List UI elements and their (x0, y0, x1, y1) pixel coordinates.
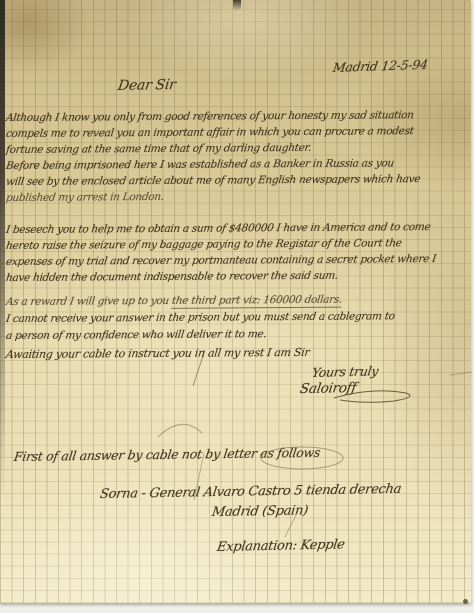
cable-city-line: Madrid (Spain) (211, 503, 309, 520)
paper-left-shadow-edge (0, 0, 5, 500)
letter-photo: Madrid 12-5-94 Dear Sir Although I know … (0, 0, 474, 613)
letter-line: published my arrest in London. (5, 191, 164, 204)
closing-line: Awaiting your cable to instruct you in a… (5, 346, 310, 361)
salutation: Dear Sir (117, 77, 177, 94)
top-edge-ink-smudge (233, 0, 241, 11)
signature: Saloiroff (299, 380, 358, 397)
reward-line: As a reward I will give up to you the th… (5, 294, 343, 308)
letter-line: fortune saving at the same time that of … (5, 142, 312, 156)
letter-line: have hidden the document indispensable t… (5, 270, 339, 284)
reward-underlined-amount: the third part viz: 160000 dollars. (171, 294, 343, 309)
valediction: Yours truly (311, 363, 379, 380)
letter-line: a person of my confidence who will deliv… (5, 328, 267, 342)
reward-text: As a reward I will give up to you (5, 295, 173, 308)
dark-speck (463, 599, 468, 604)
explanation-line: Explanation: Kepple (216, 537, 346, 555)
